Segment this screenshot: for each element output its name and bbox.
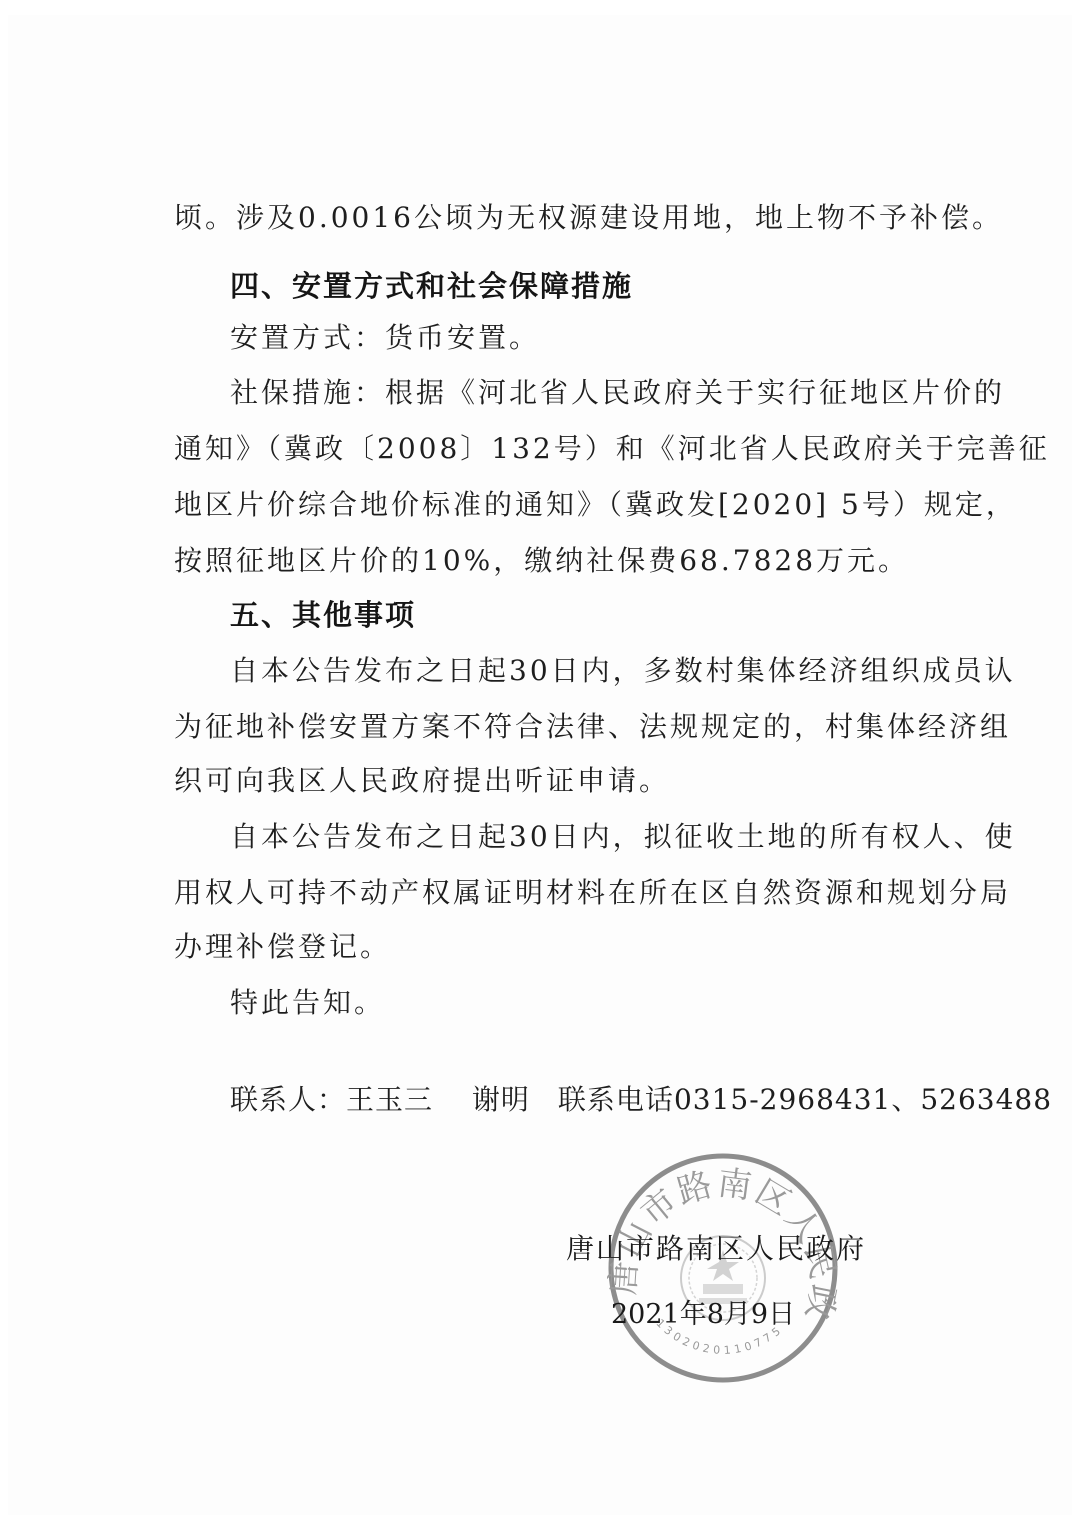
paragraph-land-continuation: 顷。涉及0.0016公顷为无权源建设用地，地上物不予补偿。 bbox=[174, 198, 1003, 238]
contact-phones: 0315-2968431、5263488 bbox=[674, 1083, 1052, 1116]
paragraph-social-security-line2: 通知》（冀政〔2008〕132号）和《河北省人民政府关于完善征 bbox=[174, 429, 1050, 469]
section-heading-other-matters: 五、其他事项 bbox=[230, 595, 416, 635]
contact-label: 联系人： bbox=[230, 1083, 346, 1116]
issue-date: 2021年8月9日 bbox=[611, 1295, 795, 1335]
closing-statement: 特此告知。 bbox=[230, 983, 385, 1023]
paragraph-social-security-line3: 地区片价综合地价标准的通知》（冀政发[2020] 5号）规定， bbox=[174, 485, 1017, 525]
document-page: 顷。涉及0.0016公顷为无权源建设用地，地上物不予补偿。 四、安置方式和社会保… bbox=[8, 15, 1072, 1515]
paragraph-social-security-line1: 社保措施：根据《河北省人民政府关于实行征地区片价的 bbox=[230, 373, 1005, 413]
paragraph-hearing-line2: 为征地补偿安置方案不符合法律、法规规定的，村集体经济组 bbox=[174, 707, 1011, 747]
paragraph-hearing-line1: 自本公告发布之日起30日内，多数村集体经济组织成员认 bbox=[230, 651, 1016, 691]
section-heading-resettlement: 四、安置方式和社会保障措施 bbox=[230, 266, 633, 306]
contact-persons: 王玉三 谢明 bbox=[346, 1083, 530, 1116]
paragraph-social-security-line4: 按照征地区片价的10%，缴纳社保费68.7828万元。 bbox=[174, 541, 909, 581]
paragraph-registration-line1: 自本公告发布之日起30日内，拟征收土地的所有权人、使 bbox=[230, 817, 1016, 857]
paragraph-registration-line3: 办理补偿登记。 bbox=[174, 927, 391, 967]
contact-phone-label: 联系电话 bbox=[558, 1083, 674, 1116]
contact-line: 联系人：王玉三 谢明联系电话0315-2968431、5263488 bbox=[230, 1080, 1052, 1120]
paragraph-resettlement-method: 安置方式：货币安置。 bbox=[230, 318, 540, 358]
paragraph-hearing-line3: 织可向我区人民政府提出听证申请。 bbox=[174, 761, 670, 801]
issuer-name: 唐山市路南区人民政府 bbox=[566, 1229, 866, 1269]
paragraph-registration-line2: 用权人可持不动产权属证明材料在所在区自然资源和规划分局 bbox=[174, 873, 1011, 913]
